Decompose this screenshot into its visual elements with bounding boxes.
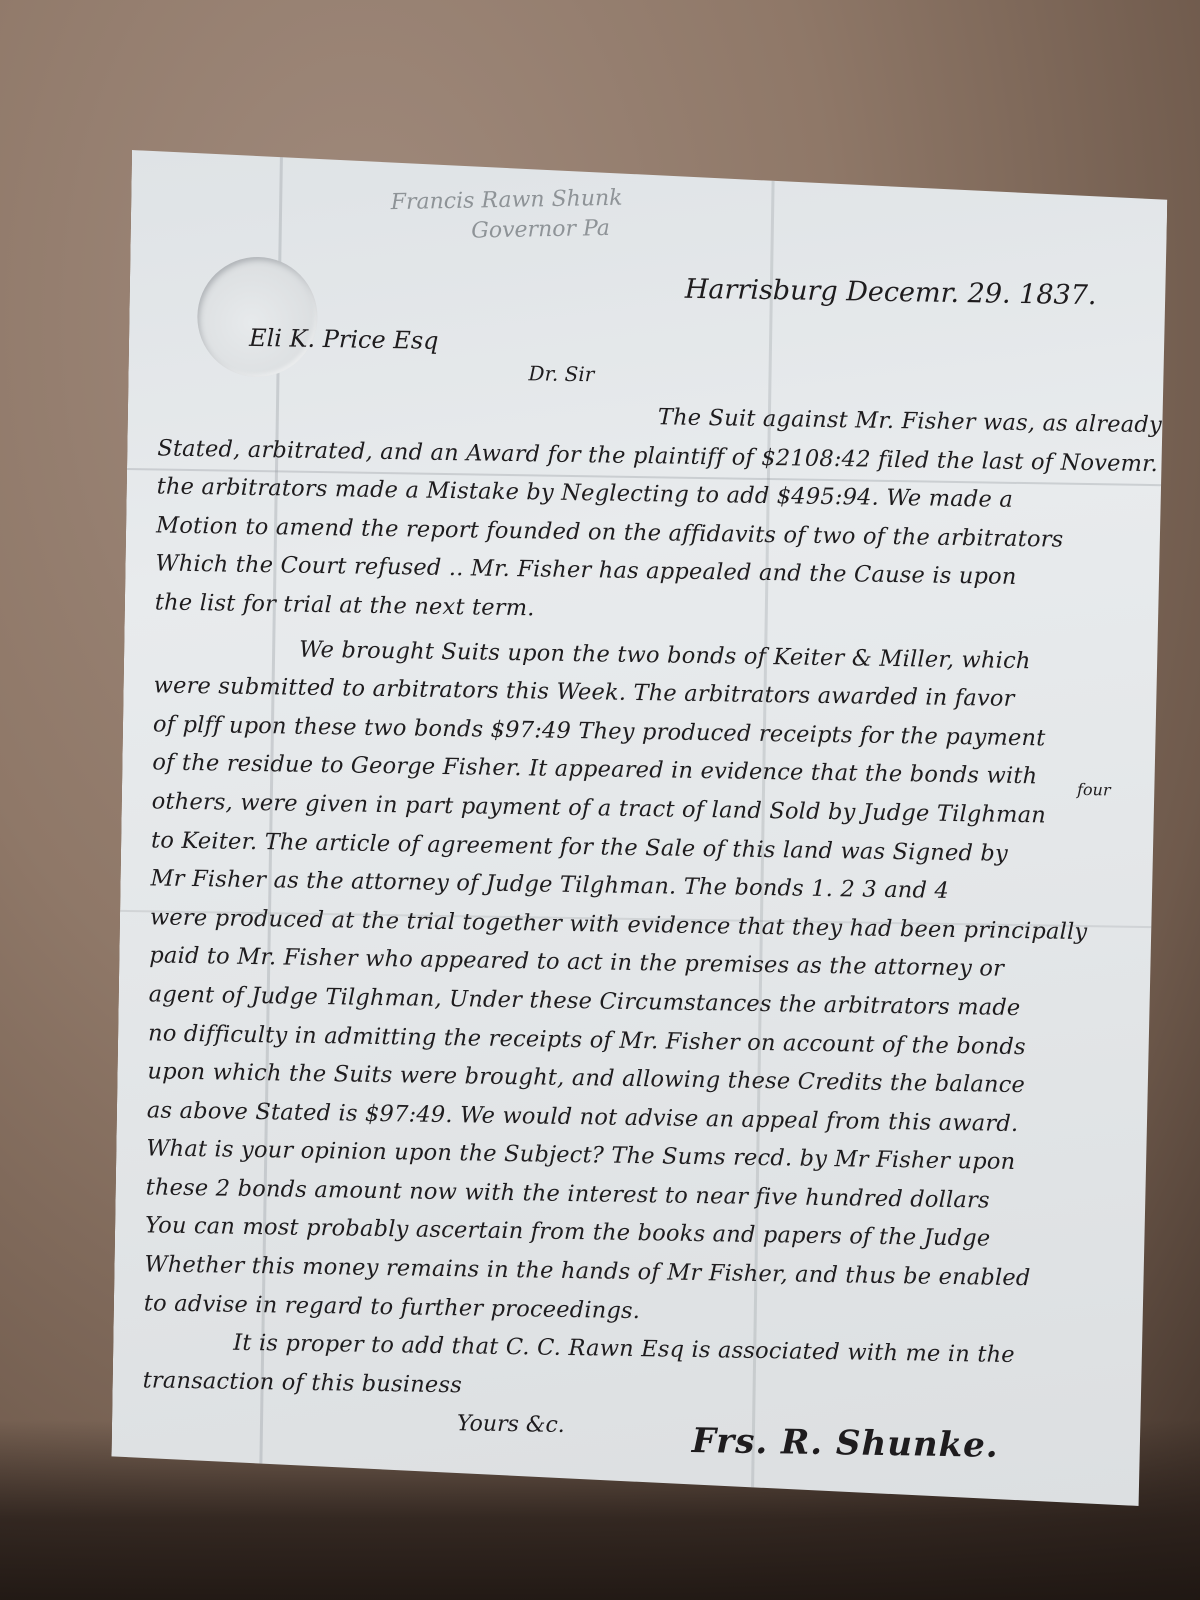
embossed-seal-icon [196,256,318,378]
docket-line-2: Governor Pa [391,214,623,248]
letter-signature: Frs. R. Shunke. [691,1421,999,1466]
letter-body: The Suit against Mr. Fisher was, as alre… [142,390,1148,1415]
letter-dateline: Harrisburg Decemr. 29. 1837. [685,274,1097,311]
letter-sheet: Francis Rawn Shunk Governor Pa Harrisbur… [111,150,1168,1506]
docket-note: Francis Rawn Shunk Governor Pa [390,184,623,248]
letter-closing: Yours &c. [457,1411,565,1438]
letter-addressee: Eli K. Price Esq [249,324,439,355]
letter-salutation: Dr. Sir [528,361,594,386]
docket-line-1: Francis Rawn Shunk [390,186,622,215]
